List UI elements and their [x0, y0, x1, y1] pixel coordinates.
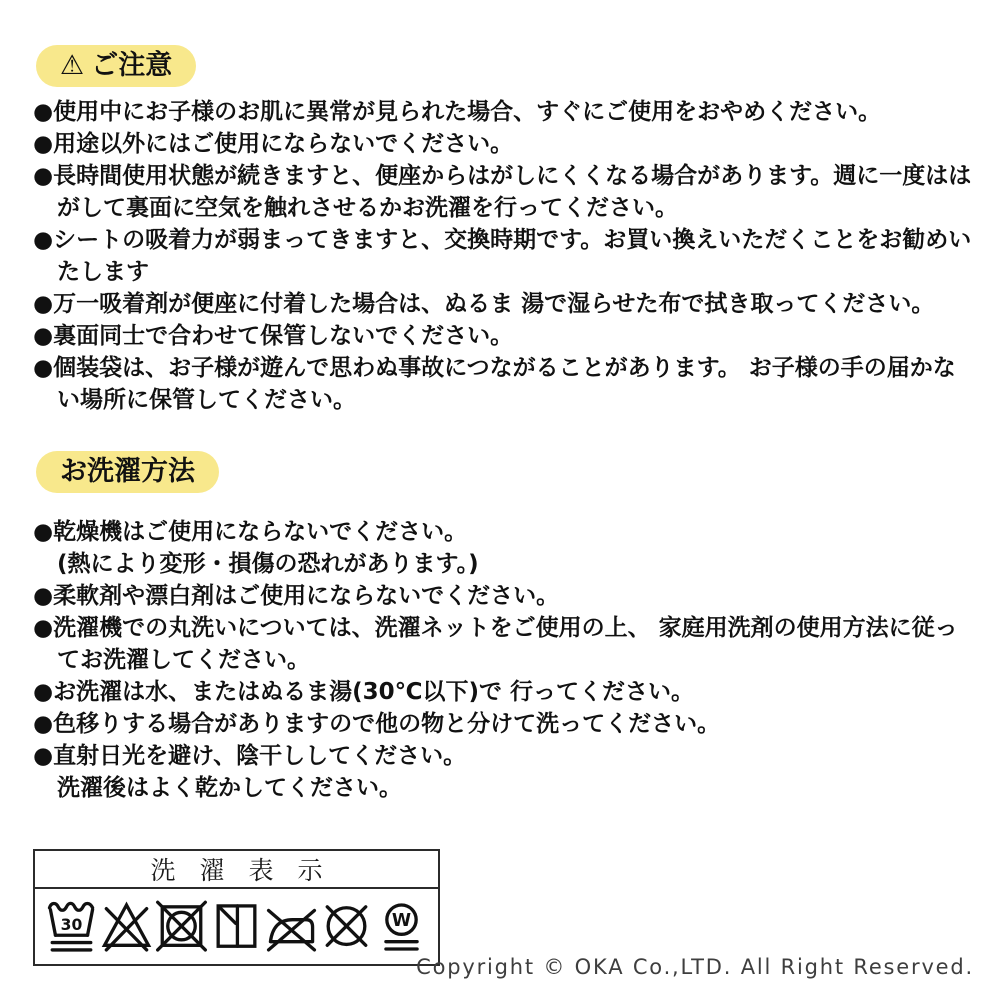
care-instruction-item: ●使用中にお子様のお肌に異常が見られた場合、すぐにご使用をおやめください。	[33, 96, 973, 128]
bullet-icon: ●	[33, 227, 53, 253]
care-instruction-item: ●万一吸着剤が便座に付着した場合は、ぬるま 湯で湿らせた布で拭き取ってください。	[33, 288, 973, 320]
do-not-dry-clean-icon	[319, 894, 374, 960]
svg-text:W: W	[392, 911, 411, 931]
do-not-iron-icon	[264, 894, 319, 960]
care-instruction-item: ●柔軟剤や漂白剤はご使用にならないでください。	[33, 580, 973, 612]
wash-30-very-gentle-icon: 30	[44, 894, 99, 960]
care-instruction-note: 洗濯後はよく乾かしてください。	[33, 772, 973, 804]
bullet-icon: ●	[33, 743, 53, 769]
washing-badge-label: お洗濯方法	[60, 456, 195, 488]
care-instruction-item: ●洗濯機での丸洗いについては、洗濯ネットをご使用の上、 家庭用洗剤の使用方法に従…	[33, 612, 973, 676]
caution-badge-label: ご注意	[91, 50, 172, 82]
do-not-tumble-dry-icon	[154, 894, 209, 960]
item-text: 直射日光を避け、陰干ししてください。	[53, 743, 466, 769]
bullet-icon: ●	[33, 291, 53, 317]
care-instruction-item: ●乾燥機はご使用にならないでください。	[33, 516, 973, 548]
laundry-symbols-row: 30	[35, 889, 438, 964]
item-text: 洗濯機での丸洗いについては、洗濯ネットをご使用の上、 家庭用洗剤の使用方法に従っ…	[53, 615, 958, 673]
care-instruction-item: ●お洗濯は水、またはぬるま湯(30℃以下)で 行ってください。	[33, 676, 973, 708]
item-text: 柔軟剤や漂白剤はご使用にならないでください。	[53, 583, 559, 609]
item-text: 用途以外にはご使用にならないでください。	[53, 131, 513, 157]
line-dry-in-shade-icon	[209, 894, 264, 960]
care-instruction-item: ●個装袋は、お子様が遊んで思わぬ事故につながることがあります。 お子様の手の届か…	[33, 352, 973, 416]
wet-clean-very-gentle-icon: W	[374, 894, 429, 960]
item-text: 乾燥機はご使用にならないでください。	[53, 519, 467, 545]
bullet-icon: ●	[33, 99, 53, 125]
washing-method-badge: お洗濯方法	[36, 451, 219, 493]
item-text: 洗濯後はよく乾かしてください。	[57, 775, 402, 801]
svg-text:30: 30	[61, 915, 83, 933]
care-instruction-item: ●色移りする場合がありますので他の物と分けて洗ってください。	[33, 708, 973, 740]
bullet-icon: ●	[33, 323, 53, 349]
bullet-icon: ●	[33, 583, 53, 609]
care-instruction-note: (熱により変形・損傷の恐れがあります。)	[33, 548, 973, 580]
bullet-icon: ●	[33, 711, 53, 737]
item-text: 万一吸着剤が便座に付着した場合は、ぬるま 湯で湿らせた布で拭き取ってください。	[53, 291, 934, 317]
item-text: (熱により変形・損傷の恐れがあります。)	[57, 551, 479, 577]
item-text: 裏面同士で合わせて保管しないでください。	[53, 323, 513, 349]
bullet-icon: ●	[33, 131, 53, 157]
bullet-icon: ●	[33, 519, 53, 545]
item-text: お洗濯は水、またはぬるま湯(30℃以下)で 行ってください。	[53, 679, 694, 705]
bullet-icon: ●	[33, 679, 53, 705]
care-instructions-page: ⚠ ご注意 ●使用中にお子様のお肌に異常が見られた場合、すぐにご使用をおやめくだ…	[0, 0, 1000, 1000]
washing-method-list: ●乾燥機はご使用にならないでください。(熱により変形・損傷の恐れがあります。)●…	[33, 516, 973, 804]
item-text: 個装袋は、お子様が遊んで思わぬ事故につながることがあります。 お子様の手の届かな…	[53, 355, 956, 413]
item-text: 長時間使用状態が続きますと、便座からはがしにくくなる場合があります。週に一度はは…	[53, 163, 971, 221]
do-not-bleach-icon	[99, 894, 154, 960]
care-instruction-item: ●長時間使用状態が続きますと、便座からはがしにくくなる場合があります。週に一度は…	[33, 160, 973, 224]
laundry-symbols-table: 洗濯表示 30	[33, 849, 440, 966]
caution-list: ●使用中にお子様のお肌に異常が見られた場合、すぐにご使用をおやめください。●用途…	[33, 96, 973, 416]
bullet-icon: ●	[33, 355, 53, 381]
bullet-icon: ●	[33, 615, 53, 641]
warning-icon: ⚠	[60, 50, 84, 82]
item-text: 使用中にお子様のお肌に異常が見られた場合、すぐにご使用をおやめください。	[53, 99, 881, 125]
care-instruction-item: ●シートの吸着力が弱まってきますと、交換時期です。お買い換えいただくことをお勧め…	[33, 224, 973, 288]
item-text: シートの吸着力が弱まってきますと、交換時期です。お買い換えいただくことをお勧めい…	[53, 227, 971, 285]
care-instruction-item: ●直射日光を避け、陰干ししてください。	[33, 740, 973, 772]
caution-badge: ⚠ ご注意	[36, 45, 196, 87]
laundry-table-title: 洗濯表示	[35, 851, 438, 889]
care-instruction-item: ●用途以外にはご使用にならないでください。	[33, 128, 973, 160]
copyright-text: Copyright © OKA Co.,LTD. All Right Reser…	[416, 955, 974, 979]
care-instruction-item: ●裏面同士で合わせて保管しないでください。	[33, 320, 973, 352]
bullet-icon: ●	[33, 163, 53, 189]
item-text: 色移りする場合がありますので他の物と分けて洗ってください。	[53, 711, 720, 737]
